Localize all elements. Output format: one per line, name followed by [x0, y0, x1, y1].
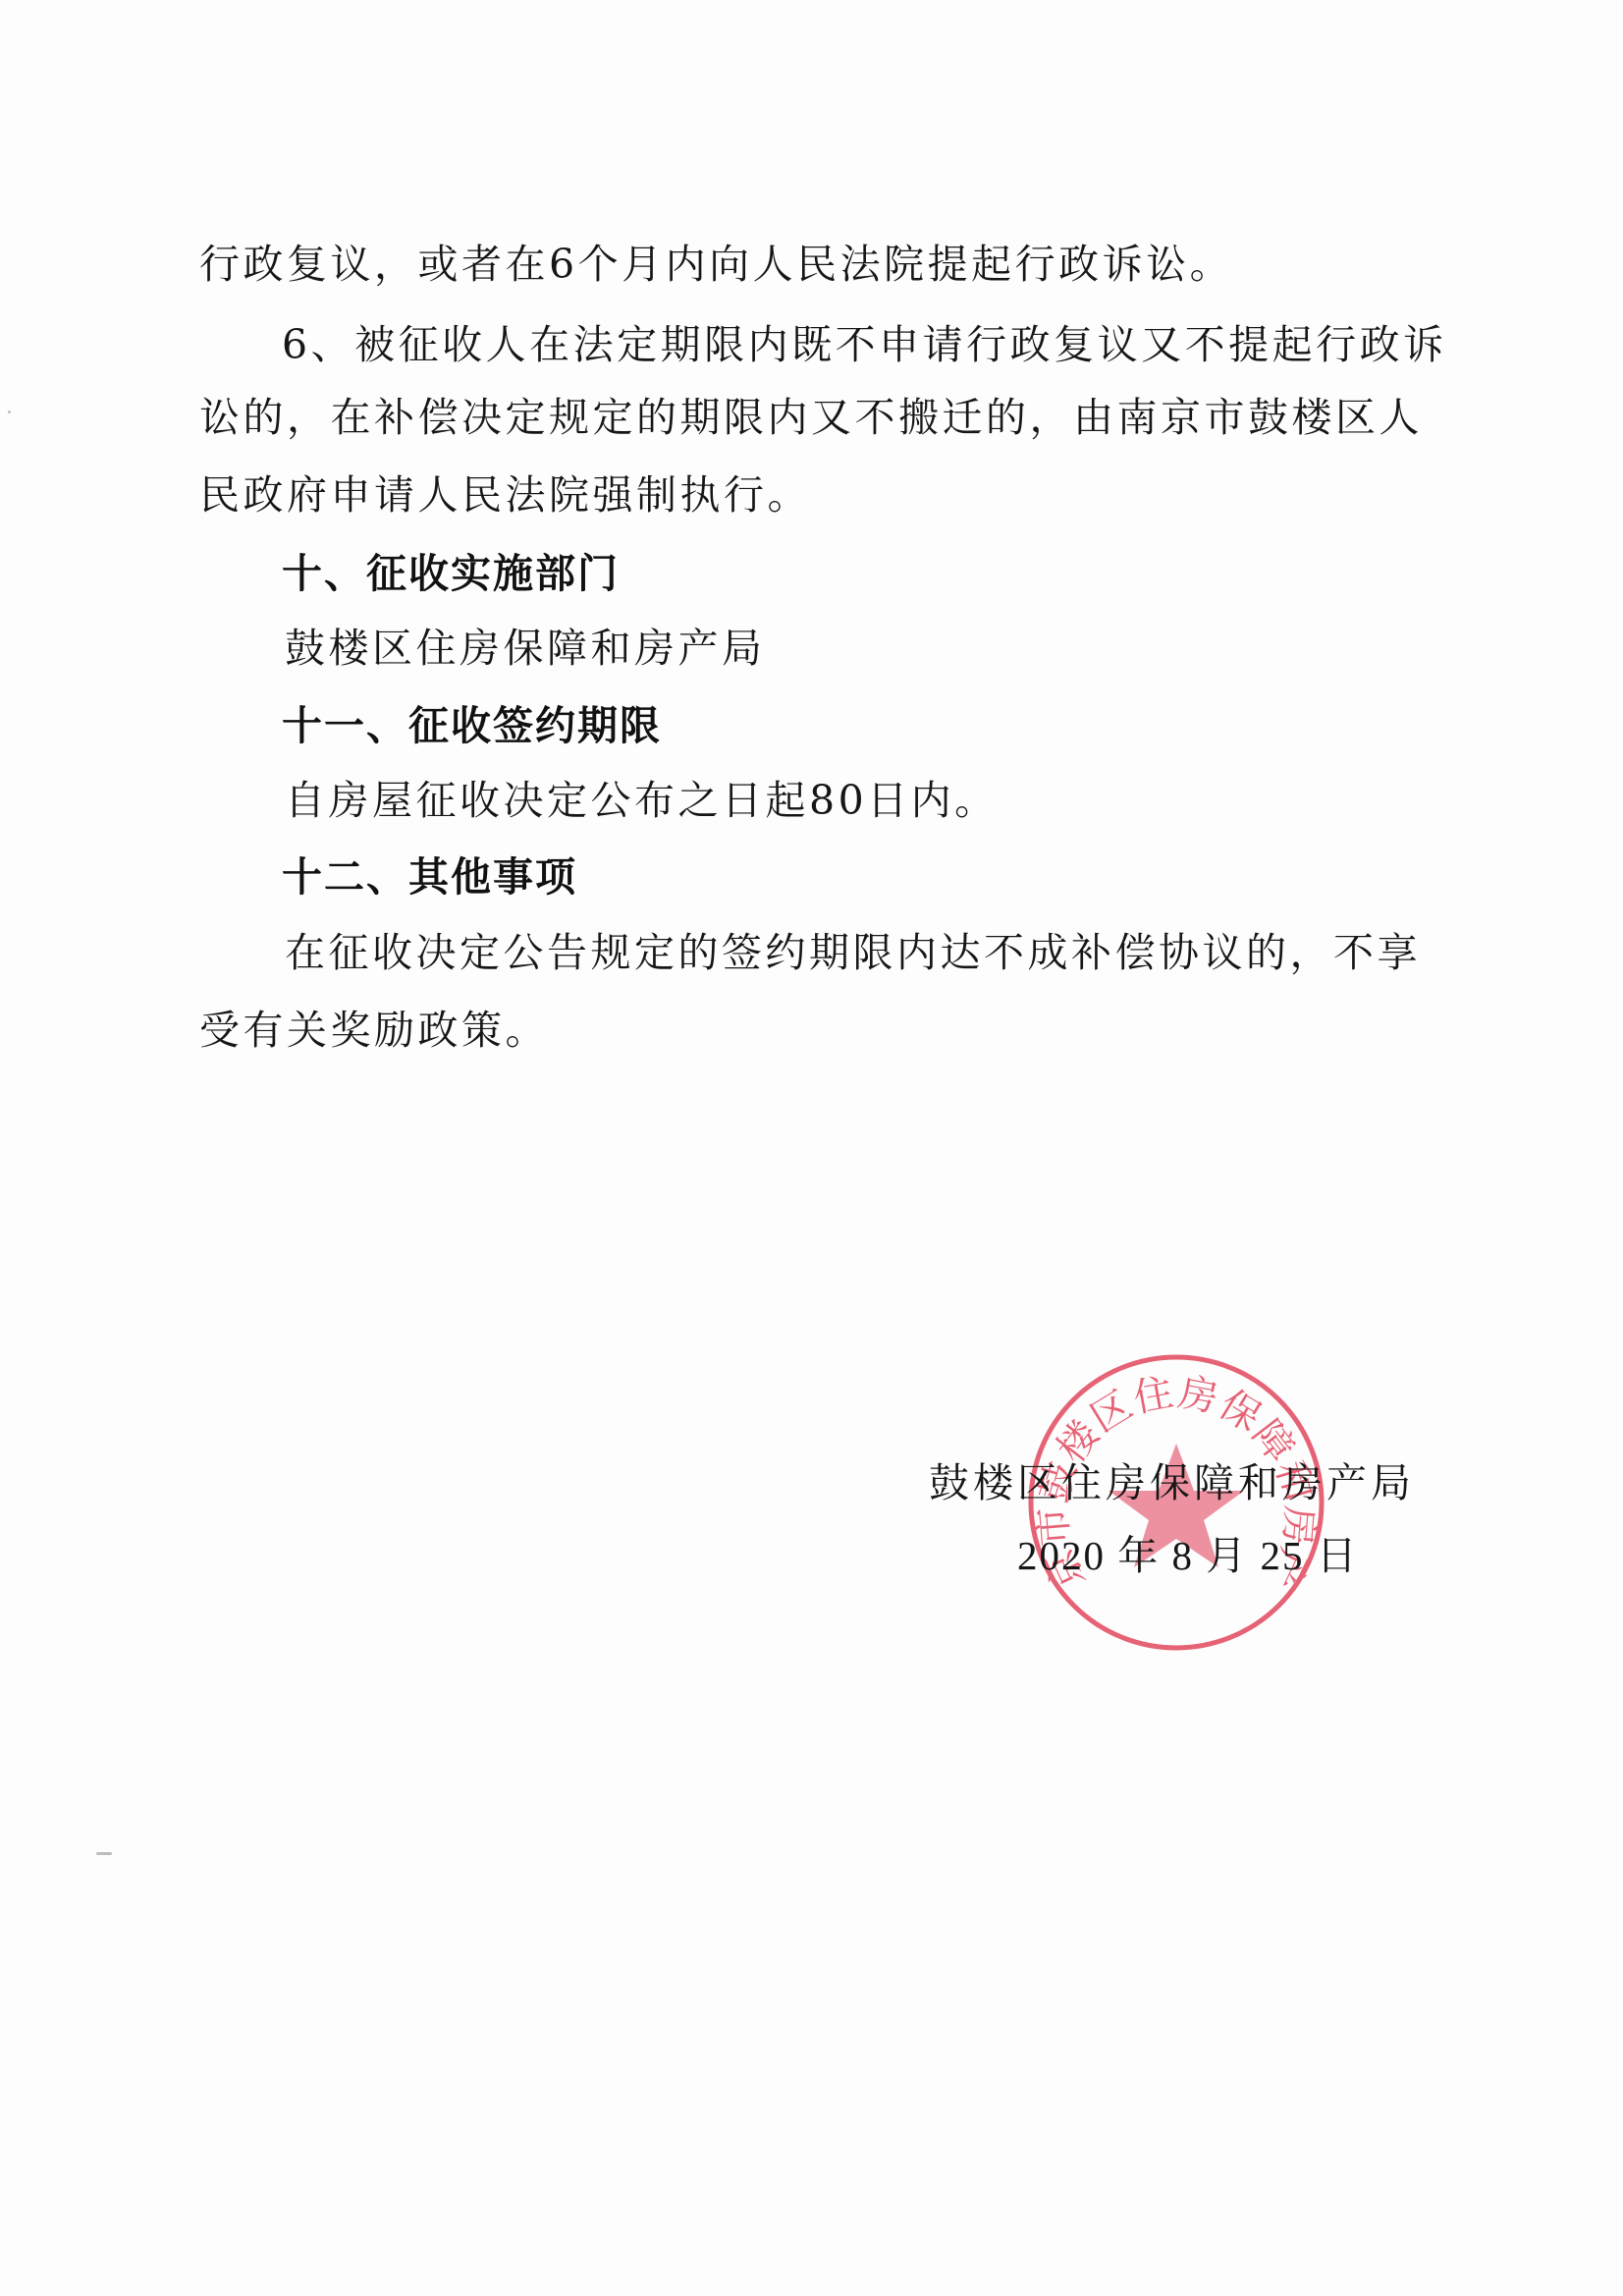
- section-heading: 十二、其他事项: [282, 849, 577, 904]
- paragraph-line: 民政府申请人民法院强制执行。: [199, 467, 811, 522]
- paragraph-line: 6、被征收人在法定期限内既不申请行政复议又不提起行政诉: [282, 317, 1447, 372]
- section-body: 在征收决定公告规定的签约期限内达不成补偿协议的，不享: [285, 925, 1421, 980]
- issuer-name: 鼓楼区住房保障和房产局: [929, 1455, 1415, 1510]
- section-heading: 十一、征收签约期限: [282, 698, 662, 753]
- issue-date: 2020 年 8 月 25 日: [1017, 1528, 1359, 1583]
- paragraph-line: 讼的，在补偿决定规定的期限内又不搬迁的，由南京市鼓楼区人: [199, 390, 1423, 445]
- document-page: 行政复议，或者在6个月内向人民法院提起行政诉讼。 6、被征收人在法定期限内既不申…: [0, 0, 1623, 2296]
- section-body: 自房屋征收决定公布之日起80日内。: [285, 773, 999, 828]
- paragraph-line: 行政复议，或者在6个月内向人民法院提起行政诉讼。: [199, 237, 1233, 292]
- section-heading: 十、征收实施部门: [282, 546, 620, 601]
- scan-speck: [8, 410, 11, 413]
- section-body: 鼓楼区住房保障和房产局: [285, 621, 766, 676]
- scan-speck: [96, 1852, 112, 1855]
- section-body: 受有关奖励政策。: [199, 1003, 549, 1058]
